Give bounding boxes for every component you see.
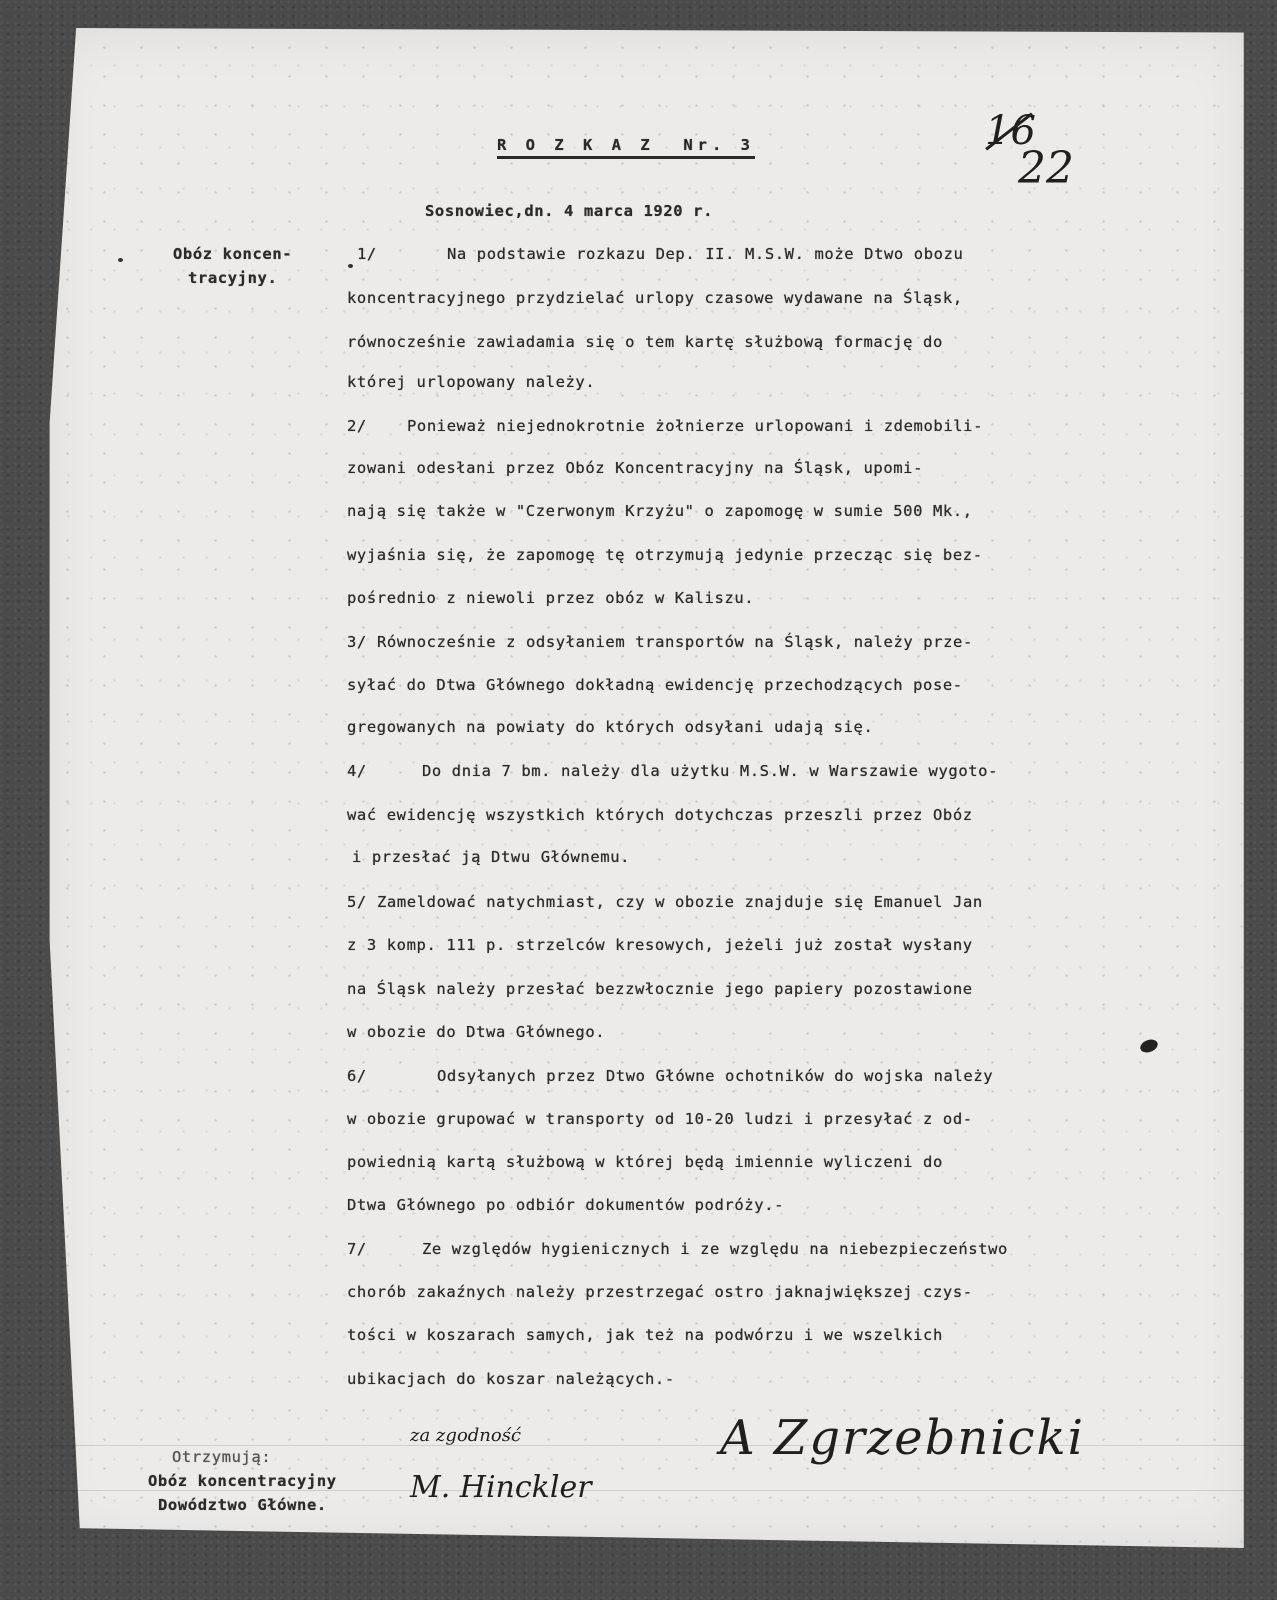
place-date: Sosnowiec,dn. 4 marca 1920 r. [425,202,713,220]
margin-heading-line-1: Obóz koncen- [173,245,292,263]
paragraph-line: zowani odesłani przez Obóz Koncentracyjn… [347,459,923,477]
paragraph-line: syłać do Dtwa Głównego dokładną ewidencj… [347,676,963,694]
signature-right: A Zgrzebnicki [720,1410,1085,1466]
paragraph-line: Do dnia 7 bm. należy dla użytku M.S.W. w… [422,762,998,780]
paragraph-line: wać ewidencję wszystkich których dotychc… [347,806,973,824]
paragraph-line: pośrednio z niewoli przez obóz w Kaliszu… [347,589,754,607]
paragraph-line: Ponieważ niejednokrotnie żołnierze urlop… [407,417,983,435]
paragraph-line: nają się także w "Czerwonym Krzyżu" o za… [347,502,973,520]
signature-left: M. Hinckler [410,1470,592,1505]
paragraph-line: wyjaśnia się, że zapomogę tę otrzymują j… [347,546,983,564]
paragraph-line: z 3 komp. 111 p. strzelców kresowych, je… [347,936,973,954]
paragraph-line: równocześnie zawiadamia się o tem kartę … [347,333,943,351]
document-title: R O Z K A Z Nr. 3 [497,136,755,159]
fold-line [46,1490,1251,1491]
margin-mark [118,258,123,262]
paragraph-line: Dtwa Głównego po odbiór dokumentów podró… [347,1196,784,1214]
margin-heading-line-2: tracyjny. [188,269,277,287]
paragraph-line: Ze względów hygienicznych i ze względu n… [422,1240,1008,1258]
paragraph-line: tości w koszarach samych, jak też na pod… [347,1326,943,1344]
paragraph-number: 7/ [347,1240,367,1258]
paragraph-line: w obozie do Dtwa Głównego. [347,1023,605,1041]
paragraph-line: której urlopowany należy. [347,373,595,391]
folio-number: 22 [1018,143,1074,194]
recipient: Obóz koncentracyjny [148,1472,337,1490]
paragraph-line: Na podstawie rozkazu Dep. II. M.S.W. moż… [447,245,963,263]
paragraph-line: gregowanych na powiaty do których odsyła… [347,718,873,736]
paragraph-number: 3/ [347,633,367,651]
paragraph-line: koncentracyjnego przydzielać urlopy czas… [347,289,963,307]
paragraph-line: Zameldować natychmiast, czy w obozie zna… [377,893,983,911]
distribution-label: Otrzymują: [172,1448,271,1466]
paragraph-line: na Śląsk należy przesłać bezzwłocznie je… [347,980,973,998]
recipient: Dowództwo Główne. [158,1496,327,1514]
paragraph-number: 1/ [357,245,377,263]
paragraph-line: w obozie grupować w transporty od 10-20 … [347,1110,973,1128]
paragraph-number: 6/ [347,1067,367,1085]
margin-mark [348,264,353,268]
paragraph-line: i przesłać ją Dtwu Głównemu. [352,848,630,866]
za-zgodnosc-note: za zgodność [410,1425,521,1446]
paragraph-number: 2/ [347,417,367,435]
paragraph-line: Równocześnie z odsyłaniem transportów na… [377,633,973,651]
paragraph-line: Odsyłanych przez Dtwo Główne ochotników … [437,1067,993,1085]
paragraph-line: chorób zakaźnych należy przestrzegać ost… [347,1283,973,1301]
paragraph-number: 5/ [347,893,367,911]
paragraph-number: 4/ [347,762,367,780]
paragraph-line: powiednią kartą służbową w której będą i… [347,1153,943,1171]
paragraph-line: ubikacjach do koszar należących.- [347,1370,675,1388]
